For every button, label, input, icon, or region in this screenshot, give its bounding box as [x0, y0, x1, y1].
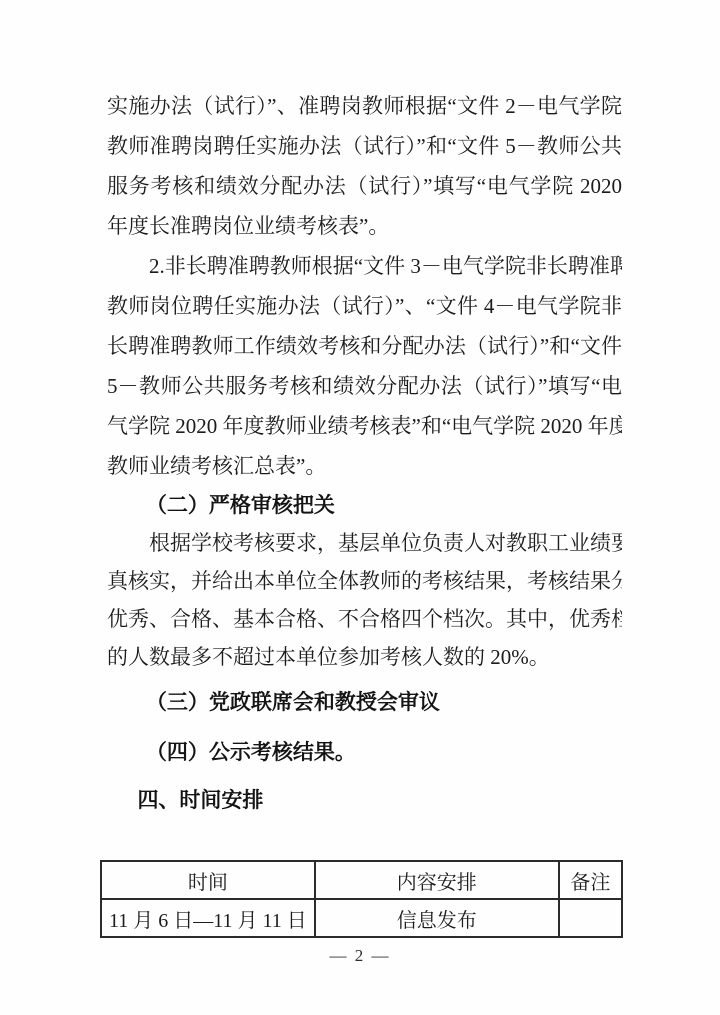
body-line: 真核实，并给出本单位全体教师的考核结果，考核结果分为 [107, 562, 622, 600]
subsection-heading-3: （三）党政联席会和教授会审议 [107, 684, 622, 722]
body-line: 年度长准聘岗位业绩考核表”。 [107, 206, 622, 246]
body-line: 长聘准聘教师工作绩效考核和分配办法（试行）”和“文件 [107, 326, 622, 366]
table-cell-time: 11 月 6 日—11 月 11 日 [101, 899, 315, 937]
paragraph-item-2: 2.非长聘准聘教师根据“文件 3－电气学院非长聘准聘 教师岗位聘任实施办法（试行… [107, 246, 622, 486]
subsection-heading-2: （二）严格审核把关 [107, 488, 622, 524]
body-line: 实施办法（试行）”、准聘岗教师根据“文件 2－电气学院 [107, 86, 622, 126]
paragraph-review: 根据学校考核要求，基层单位负责人对教职工业绩要认 真核实，并给出本单位全体教师的… [107, 524, 622, 676]
body-line: 教师准聘岗聘任实施办法（试行）”和“文件 5－教师公共 [107, 126, 622, 166]
section-heading-schedule: 四、时间安排 [107, 782, 622, 820]
body-line: 服务考核和绩效分配办法（试行）”填写“电气学院 2020 [107, 166, 622, 206]
body-line: 5－教师公共服务考核和绩效分配办法（试行）”填写“电 [107, 366, 622, 406]
body-line: 根据学校考核要求，基层单位负责人对教职工业绩要认 [107, 524, 622, 562]
body-line: 教师岗位聘任实施办法（试行）”、“文件 4－电气学院非 [107, 286, 622, 326]
body-line: 教师业绩考核汇总表”。 [107, 446, 622, 486]
table-header-time: 时间 [101, 861, 315, 899]
table-header-content: 内容安排 [315, 861, 559, 899]
subsection-heading-4: （四）公示考核结果。 [107, 734, 622, 772]
body-line: 2.非长聘准聘教师根据“文件 3－电气学院非长聘准聘 [107, 246, 622, 286]
table-header-note: 备注 [559, 861, 622, 899]
table-cell-note [559, 899, 622, 937]
page-number: — 2 — [0, 946, 720, 966]
table-row: 11 月 6 日—11 月 11 日 信息发布 [101, 899, 622, 937]
text-column: 实施办法（试行）”、准聘岗教师根据“文件 2－电气学院 教师准聘岗聘任实施办法（… [0, 0, 720, 966]
table-header-row: 时间 内容安排 备注 [101, 861, 622, 899]
table-cell-content: 信息发布 [315, 899, 559, 937]
document-page: 实施办法（试行）”、准聘岗教师根据“文件 2－电气学院 教师准聘岗聘任实施办法（… [0, 0, 720, 1015]
body-line: 的人数最多不超过本单位参加考核人数的 20%。 [107, 638, 622, 676]
body-line: 优秀、合格、基本合格、不合格四个档次。其中，优秀档次 [107, 600, 622, 638]
schedule-table: 时间 内容安排 备注 11 月 6 日—11 月 11 日 信息发布 [100, 860, 623, 938]
body-line: 气学院 2020 年度教师业绩考核表”和“电气学院 2020 年度 [107, 406, 622, 446]
paragraph-continuation: 实施办法（试行）”、准聘岗教师根据“文件 2－电气学院 教师准聘岗聘任实施办法（… [107, 86, 622, 246]
